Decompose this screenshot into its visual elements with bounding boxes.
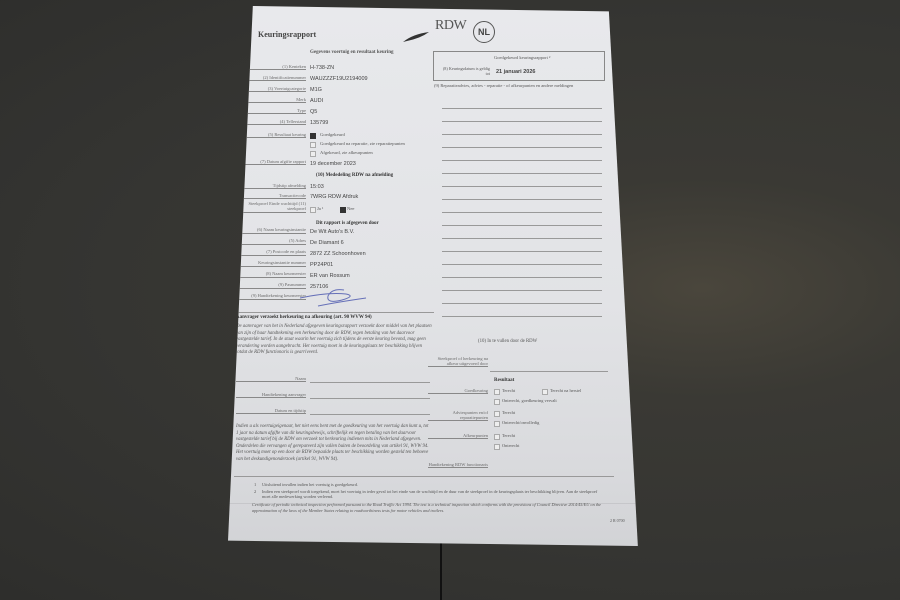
result-option-label: Afgekeurd, zie afkeurpunten bbox=[320, 150, 373, 156]
vehicle-field-value: AUDI bbox=[310, 98, 323, 104]
remark-line bbox=[442, 199, 602, 200]
result-heading: Resultaat bbox=[494, 378, 514, 383]
nl-country-badge: NL bbox=[473, 21, 495, 43]
steekproef-checkbox[interactable] bbox=[310, 207, 316, 213]
rdw-field-value: 7WRG RDW Afdruk bbox=[310, 194, 358, 200]
rdw-option-checkbox[interactable] bbox=[542, 389, 548, 395]
appeal-field-label: Handtekening aanvrager bbox=[236, 392, 306, 397]
issuer-field-label: (9) Pasnummer bbox=[236, 283, 306, 288]
rdw-option-checkbox[interactable] bbox=[494, 421, 500, 427]
issuer-field-label: Keuringsinstantie nummer bbox=[236, 261, 306, 266]
issuer-field-label: (5) Adres bbox=[236, 239, 306, 244]
validity-heading: Goedgekeurd keuringsrapport ² bbox=[494, 55, 550, 61]
inspector-signature bbox=[298, 286, 368, 310]
remark-line bbox=[442, 121, 602, 122]
remark-line bbox=[442, 225, 602, 226]
issuer-heading: Dit rapport is afgegeven door bbox=[316, 221, 379, 226]
document-title: Keuringsrapport bbox=[258, 30, 316, 39]
remark-line bbox=[442, 238, 602, 239]
remark-line bbox=[442, 212, 602, 213]
issuer-field-value: 257106 bbox=[310, 284, 328, 290]
issue-date-value: 19 december 2023 bbox=[310, 161, 356, 167]
validity-box: Goedgekeurd keuringsrapport ² (8) Keurin… bbox=[433, 51, 605, 81]
steekproef-option-label: Nee bbox=[347, 206, 354, 212]
remark-line bbox=[442, 134, 602, 135]
validity-date: 21 januari 2026 bbox=[496, 69, 535, 75]
divider bbox=[234, 476, 614, 477]
remark-line bbox=[442, 186, 602, 187]
rdw-row-label: Adviespunten en/of reparatiepunten bbox=[428, 410, 488, 420]
issue-date-label: (7) Datum afgifte rapport bbox=[236, 159, 306, 164]
rdw-logo: RDW bbox=[435, 18, 466, 34]
appeal-field-line[interactable] bbox=[310, 414, 430, 415]
steekproef-option-label: Ja ¹ bbox=[317, 206, 323, 212]
rdw-option-checkbox[interactable] bbox=[494, 434, 500, 440]
vehicle-field-value: Q5 bbox=[310, 109, 317, 115]
remark-line bbox=[442, 316, 602, 317]
divider bbox=[490, 371, 608, 372]
result-option-label: Goedgekeurd na reparatie, zie reparatiep… bbox=[320, 141, 405, 147]
remark-line bbox=[442, 251, 602, 252]
vehicle-field-value: M1G bbox=[310, 87, 322, 93]
issuer-field-label: (9) Handtekening keurmeester bbox=[236, 294, 306, 299]
appeal-field-label: Naam bbox=[236, 376, 306, 381]
result-checkbox[interactable] bbox=[310, 142, 316, 148]
result-checkbox[interactable] bbox=[310, 151, 316, 157]
rdw-option-label: Onterecht/onvolledig bbox=[502, 420, 539, 426]
form-code: 2 R 0700 bbox=[610, 518, 625, 524]
issuer-field-label: (7) Postcode en plaats bbox=[236, 250, 306, 255]
rdw-option-label: Onterecht, goedkeuring vervalt bbox=[502, 398, 557, 404]
remark-line bbox=[442, 173, 602, 174]
remark-line bbox=[442, 277, 602, 278]
remark-line bbox=[442, 160, 602, 161]
footnote-text: Uitsluitend invullen indien het voertuig… bbox=[262, 482, 602, 487]
issuer-field-value: ER van Rossum bbox=[310, 273, 350, 279]
rdw-field-label: Tijdstip afmelding bbox=[236, 183, 306, 188]
rdw-option-label: Terecht bbox=[502, 433, 515, 439]
issuer-field-value: PP24P01 bbox=[310, 262, 333, 268]
result-checkbox[interactable] bbox=[310, 133, 316, 139]
rdw-section-heading: (10) Mededeling RDW na afmelding bbox=[316, 173, 393, 178]
validity-label: (8) Keuringsdatum is geldig tot bbox=[440, 67, 490, 76]
steekproef-label: Steekproef Einde wachttijd (11) steekpro… bbox=[236, 202, 306, 212]
rdw-field-value: 15:03 bbox=[310, 184, 324, 190]
rdw-option-label: Terecht bbox=[502, 410, 515, 416]
remark-line bbox=[442, 264, 602, 265]
rdw-steekproef-label: Steekproef of herkeuring na afkeur uitge… bbox=[428, 356, 488, 366]
vehicle-section-heading: Gegevens voertuig en resultaat keuring bbox=[310, 50, 394, 56]
table-seam bbox=[440, 540, 442, 600]
rdw-feather-icon bbox=[403, 32, 429, 42]
appeal-note: Indien u als voertuigeigenaar, het niet … bbox=[236, 424, 432, 463]
rdw-option-checkbox[interactable] bbox=[494, 399, 500, 405]
rdw-signature-label: Handtekening RDW functionaris bbox=[428, 462, 488, 467]
remark-line bbox=[442, 147, 602, 148]
remark-line bbox=[442, 108, 602, 109]
rdw-fill-heading: (10) In te vullen door de RDW bbox=[478, 339, 537, 345]
vehicle-field-value: WAUZZZF19U2194009 bbox=[310, 76, 368, 82]
appeal-field-line[interactable] bbox=[310, 398, 430, 399]
footnote-number: 2 bbox=[254, 489, 256, 495]
appeal-field-line[interactable] bbox=[310, 382, 430, 383]
issuer-field-value: De Diamant 6 bbox=[310, 240, 344, 246]
rdw-option-checkbox[interactable] bbox=[494, 389, 500, 395]
footnote-text: Indien een steekproef wordt toegekend, m… bbox=[262, 489, 602, 499]
appeal-text: De aanvrager van het in Nederland afgege… bbox=[236, 324, 432, 357]
issuer-field-label: (8) Naam keurmeester bbox=[236, 272, 306, 277]
inspection-report-sheet: Keuringsrapport RDW NL Goedgekeurd keuri… bbox=[228, 6, 642, 546]
rdw-field-label: Transactiecode bbox=[236, 193, 306, 198]
appeal-heading: Aanvrager verzoekt herkeuring na afkeuri… bbox=[236, 315, 372, 320]
remarks-heading: (9) Reparatieadvies, advies - reparatie … bbox=[434, 83, 573, 89]
remark-line bbox=[442, 290, 602, 291]
result-option-label: Goedgekeurd bbox=[320, 132, 345, 138]
rdw-option-checkbox[interactable] bbox=[494, 444, 500, 450]
rdw-row-label: Goedkeuring bbox=[428, 388, 488, 393]
rdw-option-label: Onterecht bbox=[502, 443, 519, 449]
divider bbox=[234, 312, 434, 313]
issuer-field-value: De Wit Auto's B.V. bbox=[310, 229, 354, 235]
rdw-option-checkbox[interactable] bbox=[494, 411, 500, 417]
footnote-number: 1 bbox=[254, 482, 256, 488]
remark-line bbox=[442, 303, 602, 304]
issuer-field-label: (6) Naam keuringsinstantie bbox=[236, 228, 306, 233]
vehicle-field-value: 135799 bbox=[310, 120, 328, 126]
steekproef-checkbox[interactable] bbox=[340, 207, 346, 213]
rdw-option-label: Terecht na herstel bbox=[550, 388, 581, 394]
vehicle-field-value: H-738-ZN bbox=[310, 65, 334, 71]
rdw-option-label: Terecht bbox=[502, 388, 515, 394]
issuer-field-value: 2872 ZZ Schoonhoven bbox=[310, 251, 366, 257]
certificate-text: Certificate of periodic technical inspec… bbox=[252, 502, 612, 513]
rdw-row-label: Afkeurpunten bbox=[428, 433, 488, 438]
appeal-field-label: Datum en tijdstip bbox=[236, 408, 306, 413]
